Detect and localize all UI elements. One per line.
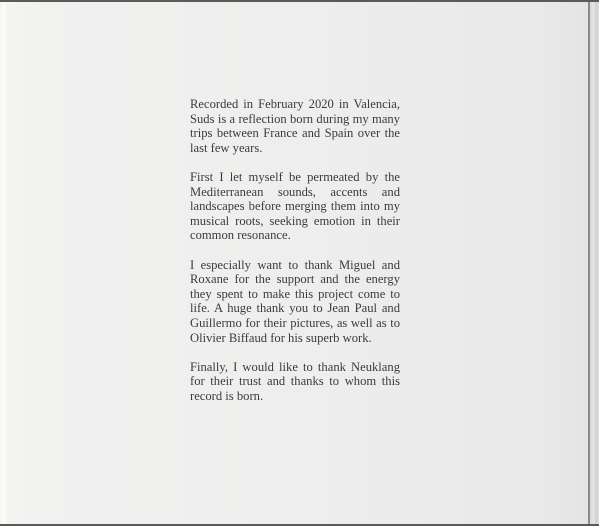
liner-notes-text: Recorded in February 2020 in Valencia, S… bbox=[190, 97, 400, 418]
paragraph-label-thanks: Finally, I would like to thank Neuklang … bbox=[190, 360, 400, 404]
page-left-edge bbox=[2, 2, 6, 524]
paragraph-inspiration: First I let myself be permeated by the M… bbox=[190, 170, 400, 243]
paragraph-recording: Recorded in February 2020 in Valencia, S… bbox=[190, 97, 400, 155]
scan-top-border bbox=[0, 0, 599, 2]
paragraph-thanks: I especially want to thank Miguel and Ro… bbox=[190, 258, 400, 346]
scanned-page: Recorded in February 2020 in Valencia, S… bbox=[0, 0, 599, 526]
booklet-spine-edge bbox=[590, 2, 599, 524]
